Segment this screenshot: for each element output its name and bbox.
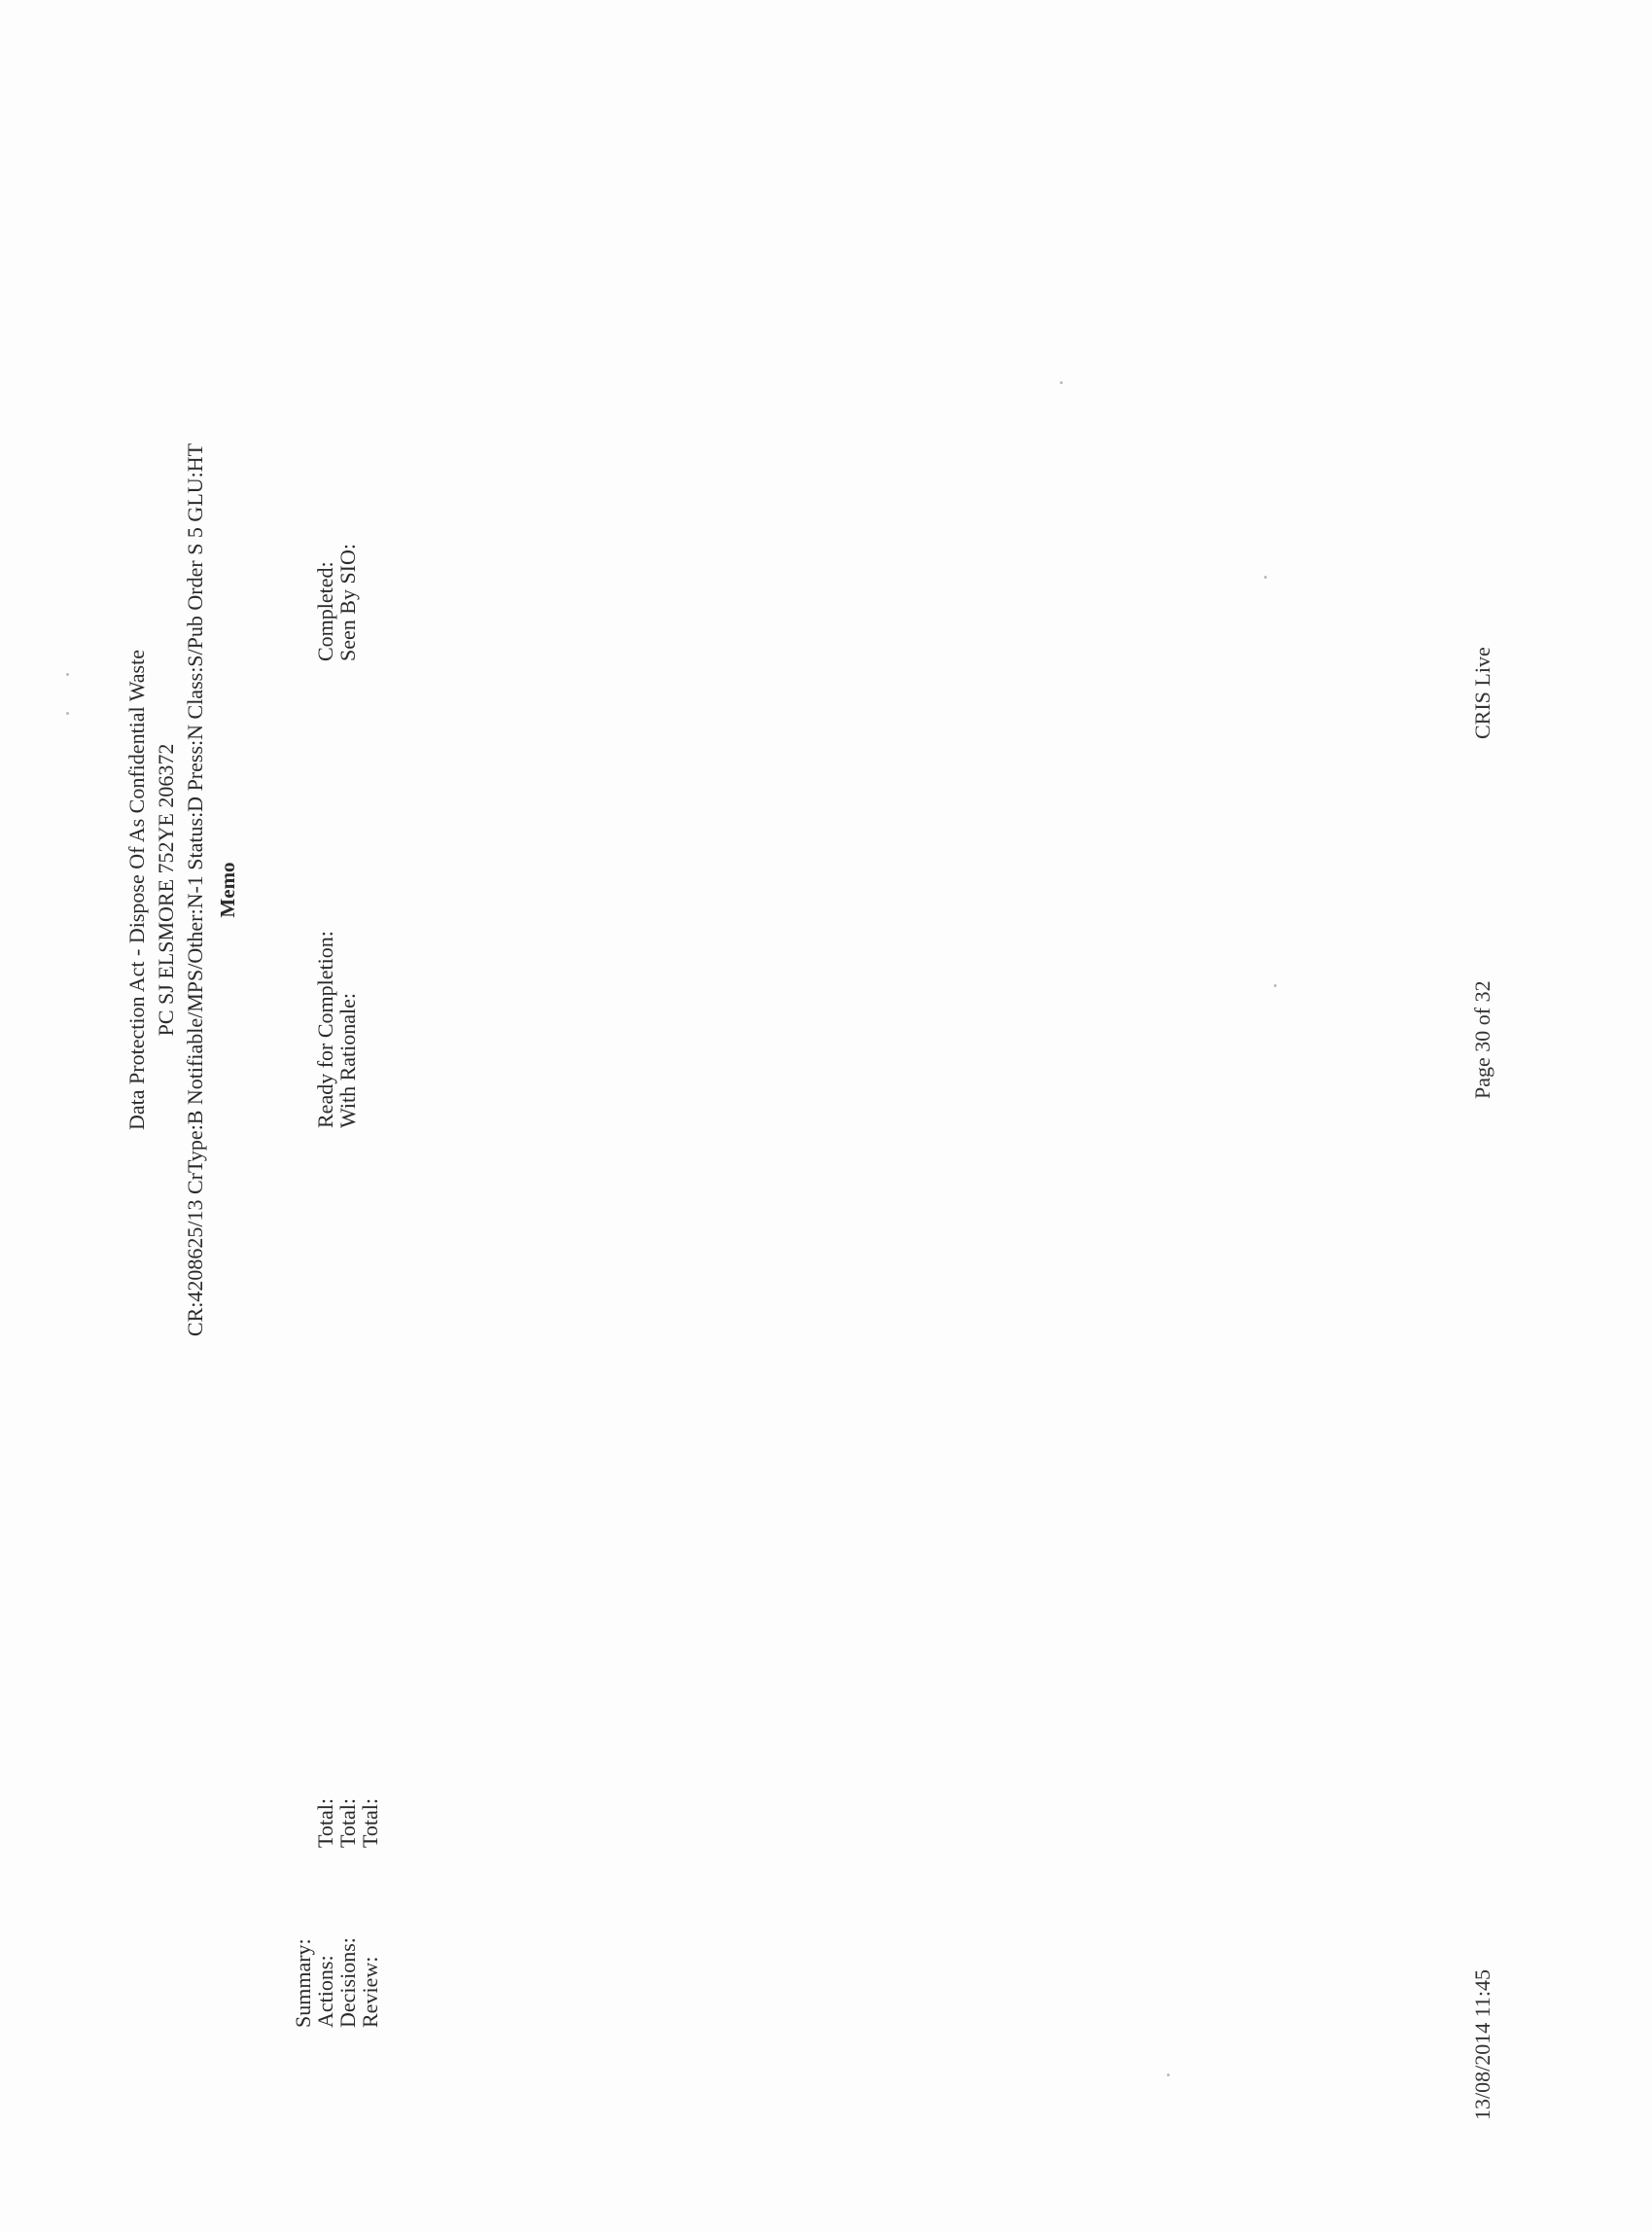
decisions-total-label: Total: — [336, 1798, 359, 1848]
with-rationale-label: With Rationale: — [336, 931, 359, 1128]
crime-reference-line: CR:4208625/13 CrType:B Notifiable/MPS/Ot… — [183, 0, 208, 2232]
completion-fields: Ready for Completion: With Rationale: — [314, 931, 359, 1128]
summary-review-label: Review: — [359, 1937, 381, 2028]
summary-totals: Total: Total: Total: — [314, 1798, 381, 1848]
scan-speck — [1167, 2073, 1170, 2076]
actions-total-label: Total: — [314, 1798, 336, 1848]
review-total-label: Total: — [359, 1798, 381, 1848]
scan-speck — [1264, 576, 1267, 579]
scan-speck — [1274, 984, 1277, 987]
system-name: CRIS Live — [1470, 647, 1495, 739]
summary-actions-label: Actions: — [314, 1937, 336, 2028]
officer-line: PC SJ ELSMORE 752YE 206372 — [154, 0, 179, 2232]
section-heading: Memo — [216, 0, 240, 2232]
scan-speck — [66, 673, 69, 676]
review-fields: Completed: Seen By SIO: — [314, 544, 359, 661]
page-number: Page 30 of 32 — [1470, 980, 1495, 1099]
summary-decisions-label: Decisions: — [336, 1937, 359, 2028]
seen-by-sio-label: Seen By SIO: — [336, 544, 359, 661]
scan-speck — [1060, 381, 1063, 384]
scanned-page: Data Protection Act - Dispose Of As Conf… — [0, 0, 1652, 2232]
document-title: Data Protection Act - Dispose Of As Conf… — [124, 0, 150, 2232]
summary-heading: Summary: — [292, 1937, 314, 2028]
summary-labels: Summary: Actions: Decisions: Review: — [292, 1937, 381, 2028]
ready-for-completion-label: Ready for Completion: — [314, 931, 336, 1128]
completed-label: Completed: — [314, 544, 336, 661]
scan-speck — [66, 712, 69, 715]
print-timestamp: 13/08/2014 11:45 — [1470, 1969, 1495, 2120]
